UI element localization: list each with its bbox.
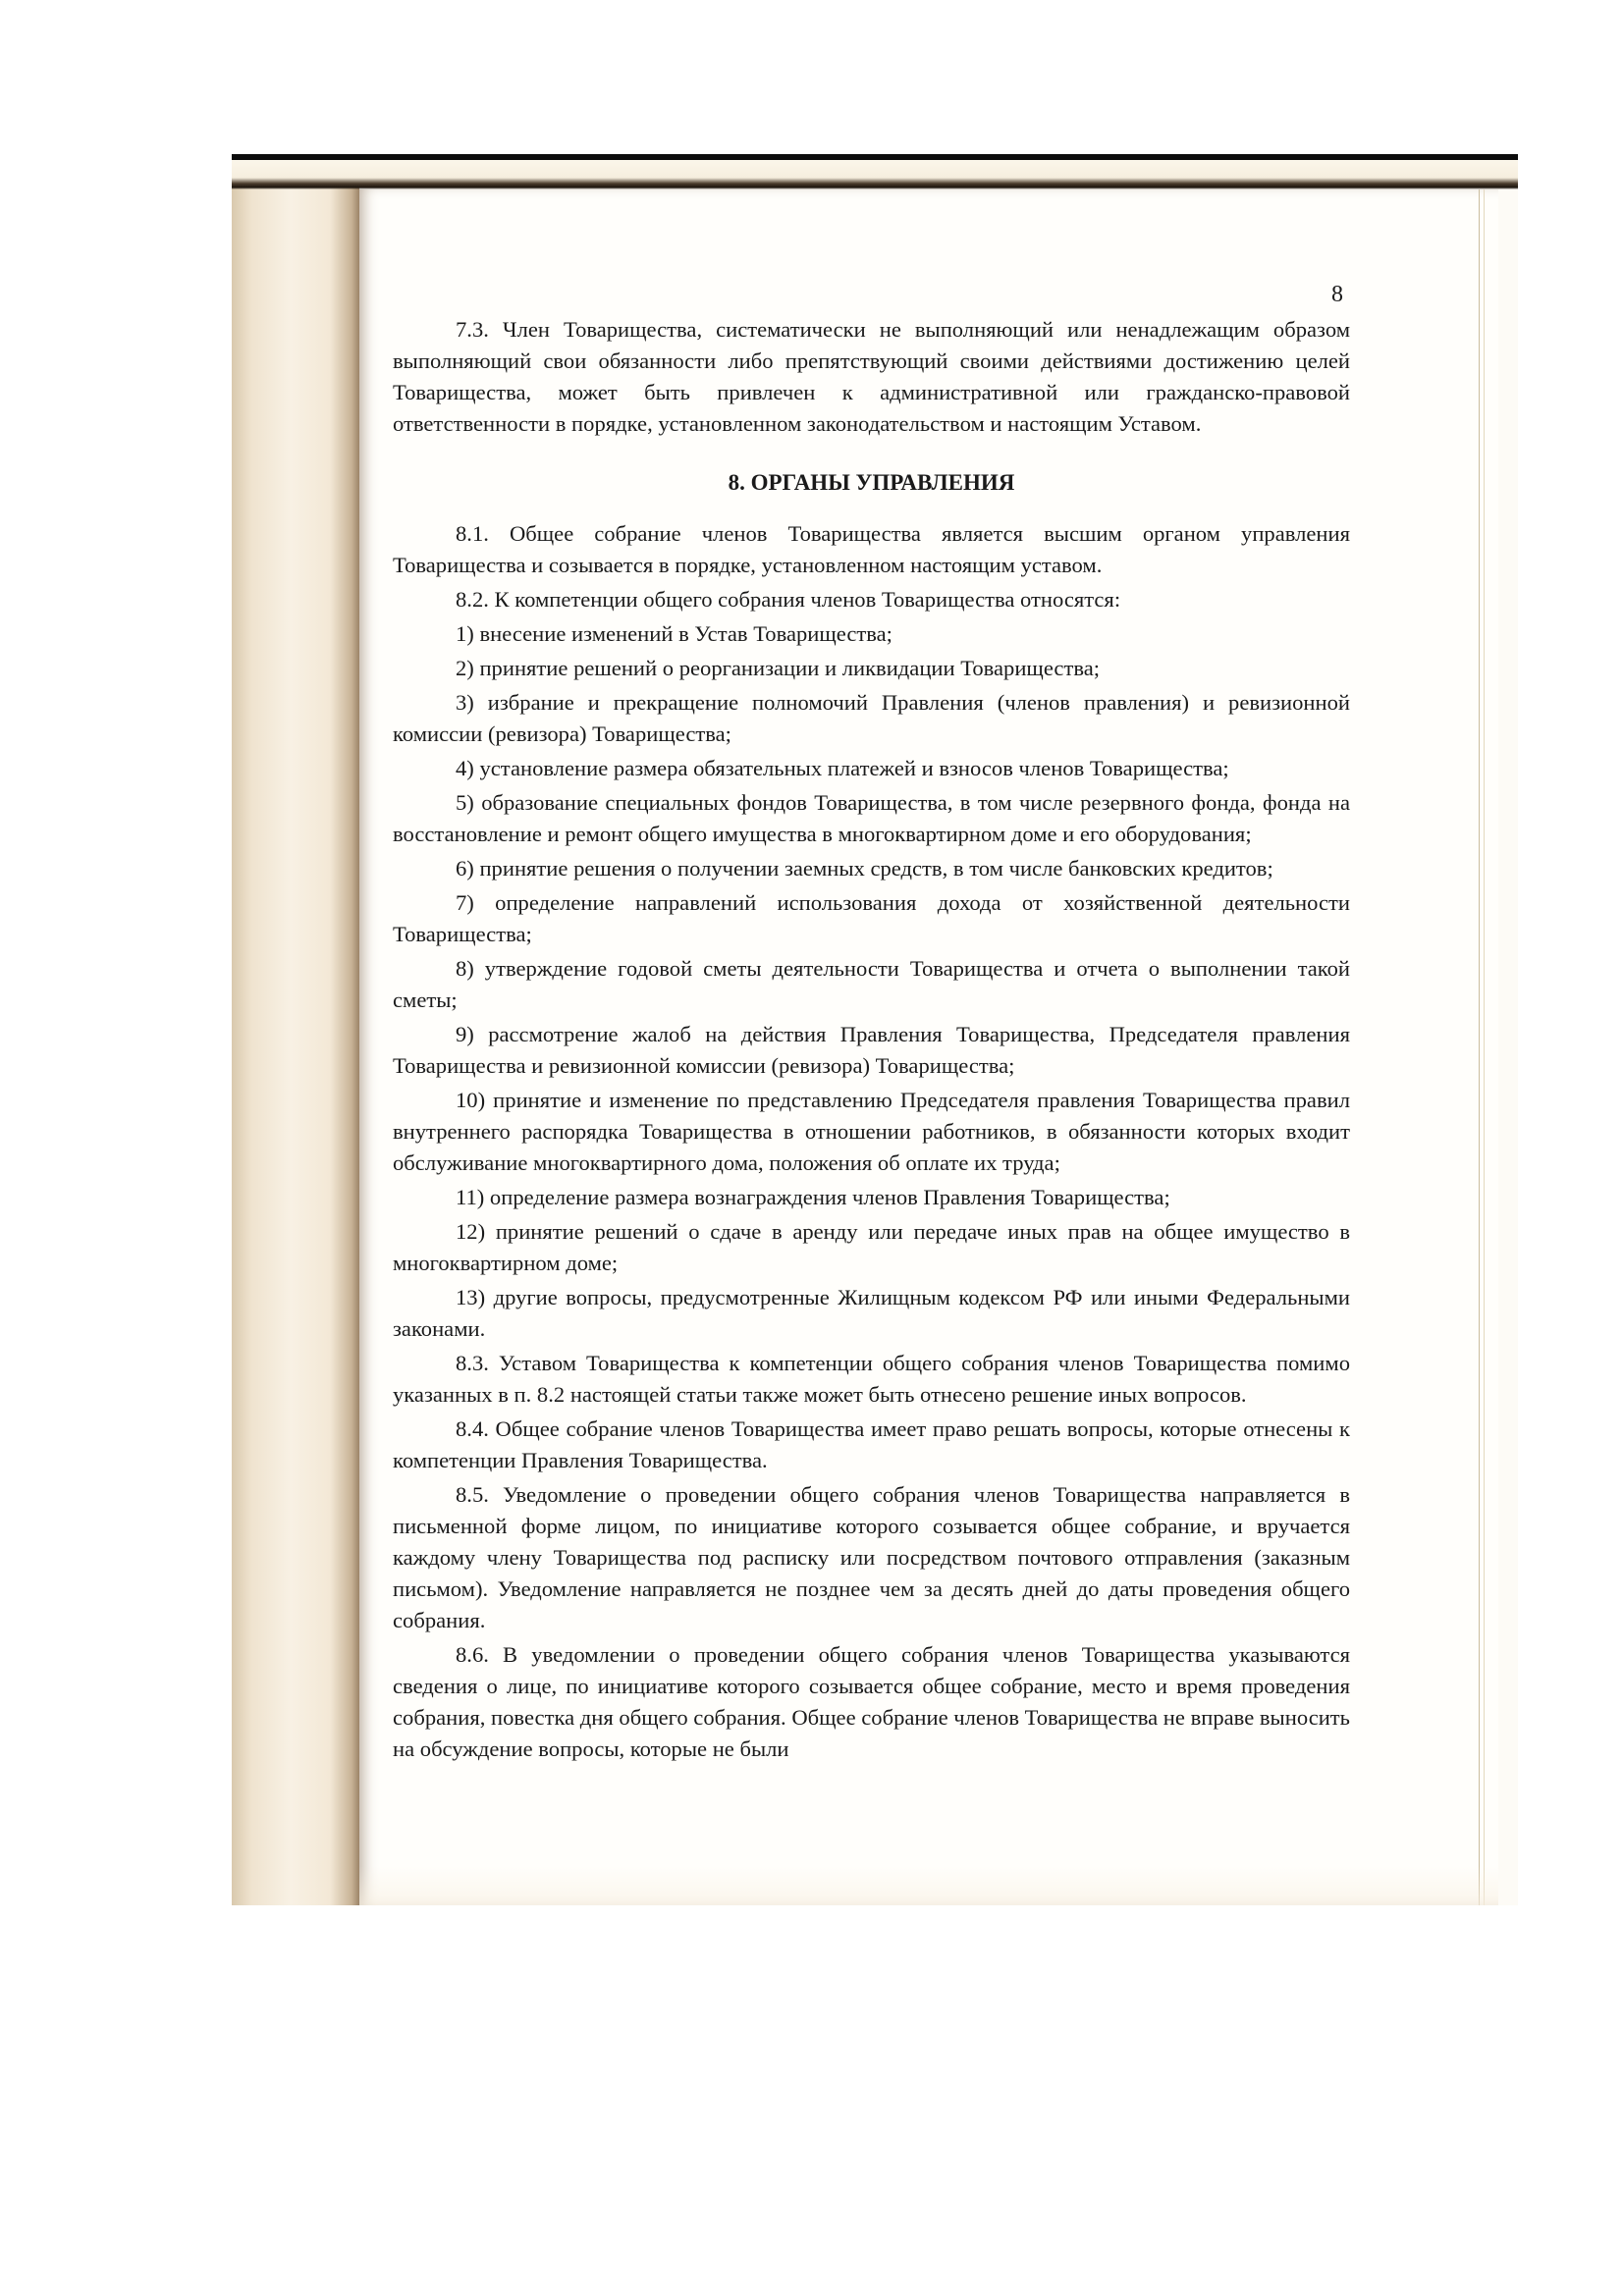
paragraph-8-4: 8.4. Общее собрание членов Товарищества … (393, 1414, 1350, 1476)
section-heading: 8. ОРГАНЫ УПРАВЛЕНИЯ (393, 467, 1350, 499)
scan-top-border (232, 160, 1518, 189)
document-page: 8 7.3. Член Товарищества, систематически… (359, 189, 1498, 1905)
list-item-3: 3) избрание и прекращение полномочий Пра… (393, 687, 1350, 750)
page-number: 8 (1331, 282, 1343, 308)
paragraph-8-2: 8.2. К компетенции общего собрания члено… (393, 584, 1350, 615)
paragraph-8-3: 8.3. Уставом Товарищества к компетенции … (393, 1348, 1350, 1411)
list-item-9: 9) рассмотрение жалоб на действия Правле… (393, 1019, 1350, 1082)
page-edge (1479, 189, 1485, 1905)
list-item-10: 10) принятие и изменение по представлени… (393, 1085, 1350, 1179)
list-item-2: 2) принятие решений о реорганизации и ли… (393, 653, 1350, 684)
list-item-11: 11) определение размера вознаграждения ч… (393, 1182, 1350, 1213)
paragraph-8-5: 8.5. Уведомление о проведении общего соб… (393, 1479, 1350, 1636)
list-item-6: 6) принятие решения о получении заемных … (393, 853, 1350, 884)
list-item-7: 7) определение направлений использования… (393, 887, 1350, 950)
paragraph-8-1: 8.1. Общее собрание членов Товарищества … (393, 518, 1350, 581)
list-item-12: 12) принятие решений о сдаче в аренду ил… (393, 1216, 1350, 1279)
list-item-8: 8) утверждение годовой сметы деятельност… (393, 953, 1350, 1016)
paragraph-7-3: 7.3. Член Товарищества, систематически н… (393, 314, 1350, 440)
paragraph-8-6: 8.6. В уведомлении о проведении общего с… (393, 1639, 1350, 1765)
list-item-4: 4) установление размера обязательных пла… (393, 753, 1350, 784)
page-bottom-shade (359, 1866, 1498, 1905)
list-item-5: 5) образование специальных фондов Товари… (393, 787, 1350, 850)
scanned-document: 8 7.3. Член Товарищества, систематически… (232, 154, 1518, 1905)
list-item-13: 13) другие вопросы, предусмотренные Жили… (393, 1282, 1350, 1345)
list-item-1: 1) внесение изменений в Устав Товарищест… (393, 618, 1350, 650)
page-content: 7.3. Член Товарищества, систематически н… (393, 314, 1350, 1765)
previous-page-binding-edge (232, 160, 359, 1905)
